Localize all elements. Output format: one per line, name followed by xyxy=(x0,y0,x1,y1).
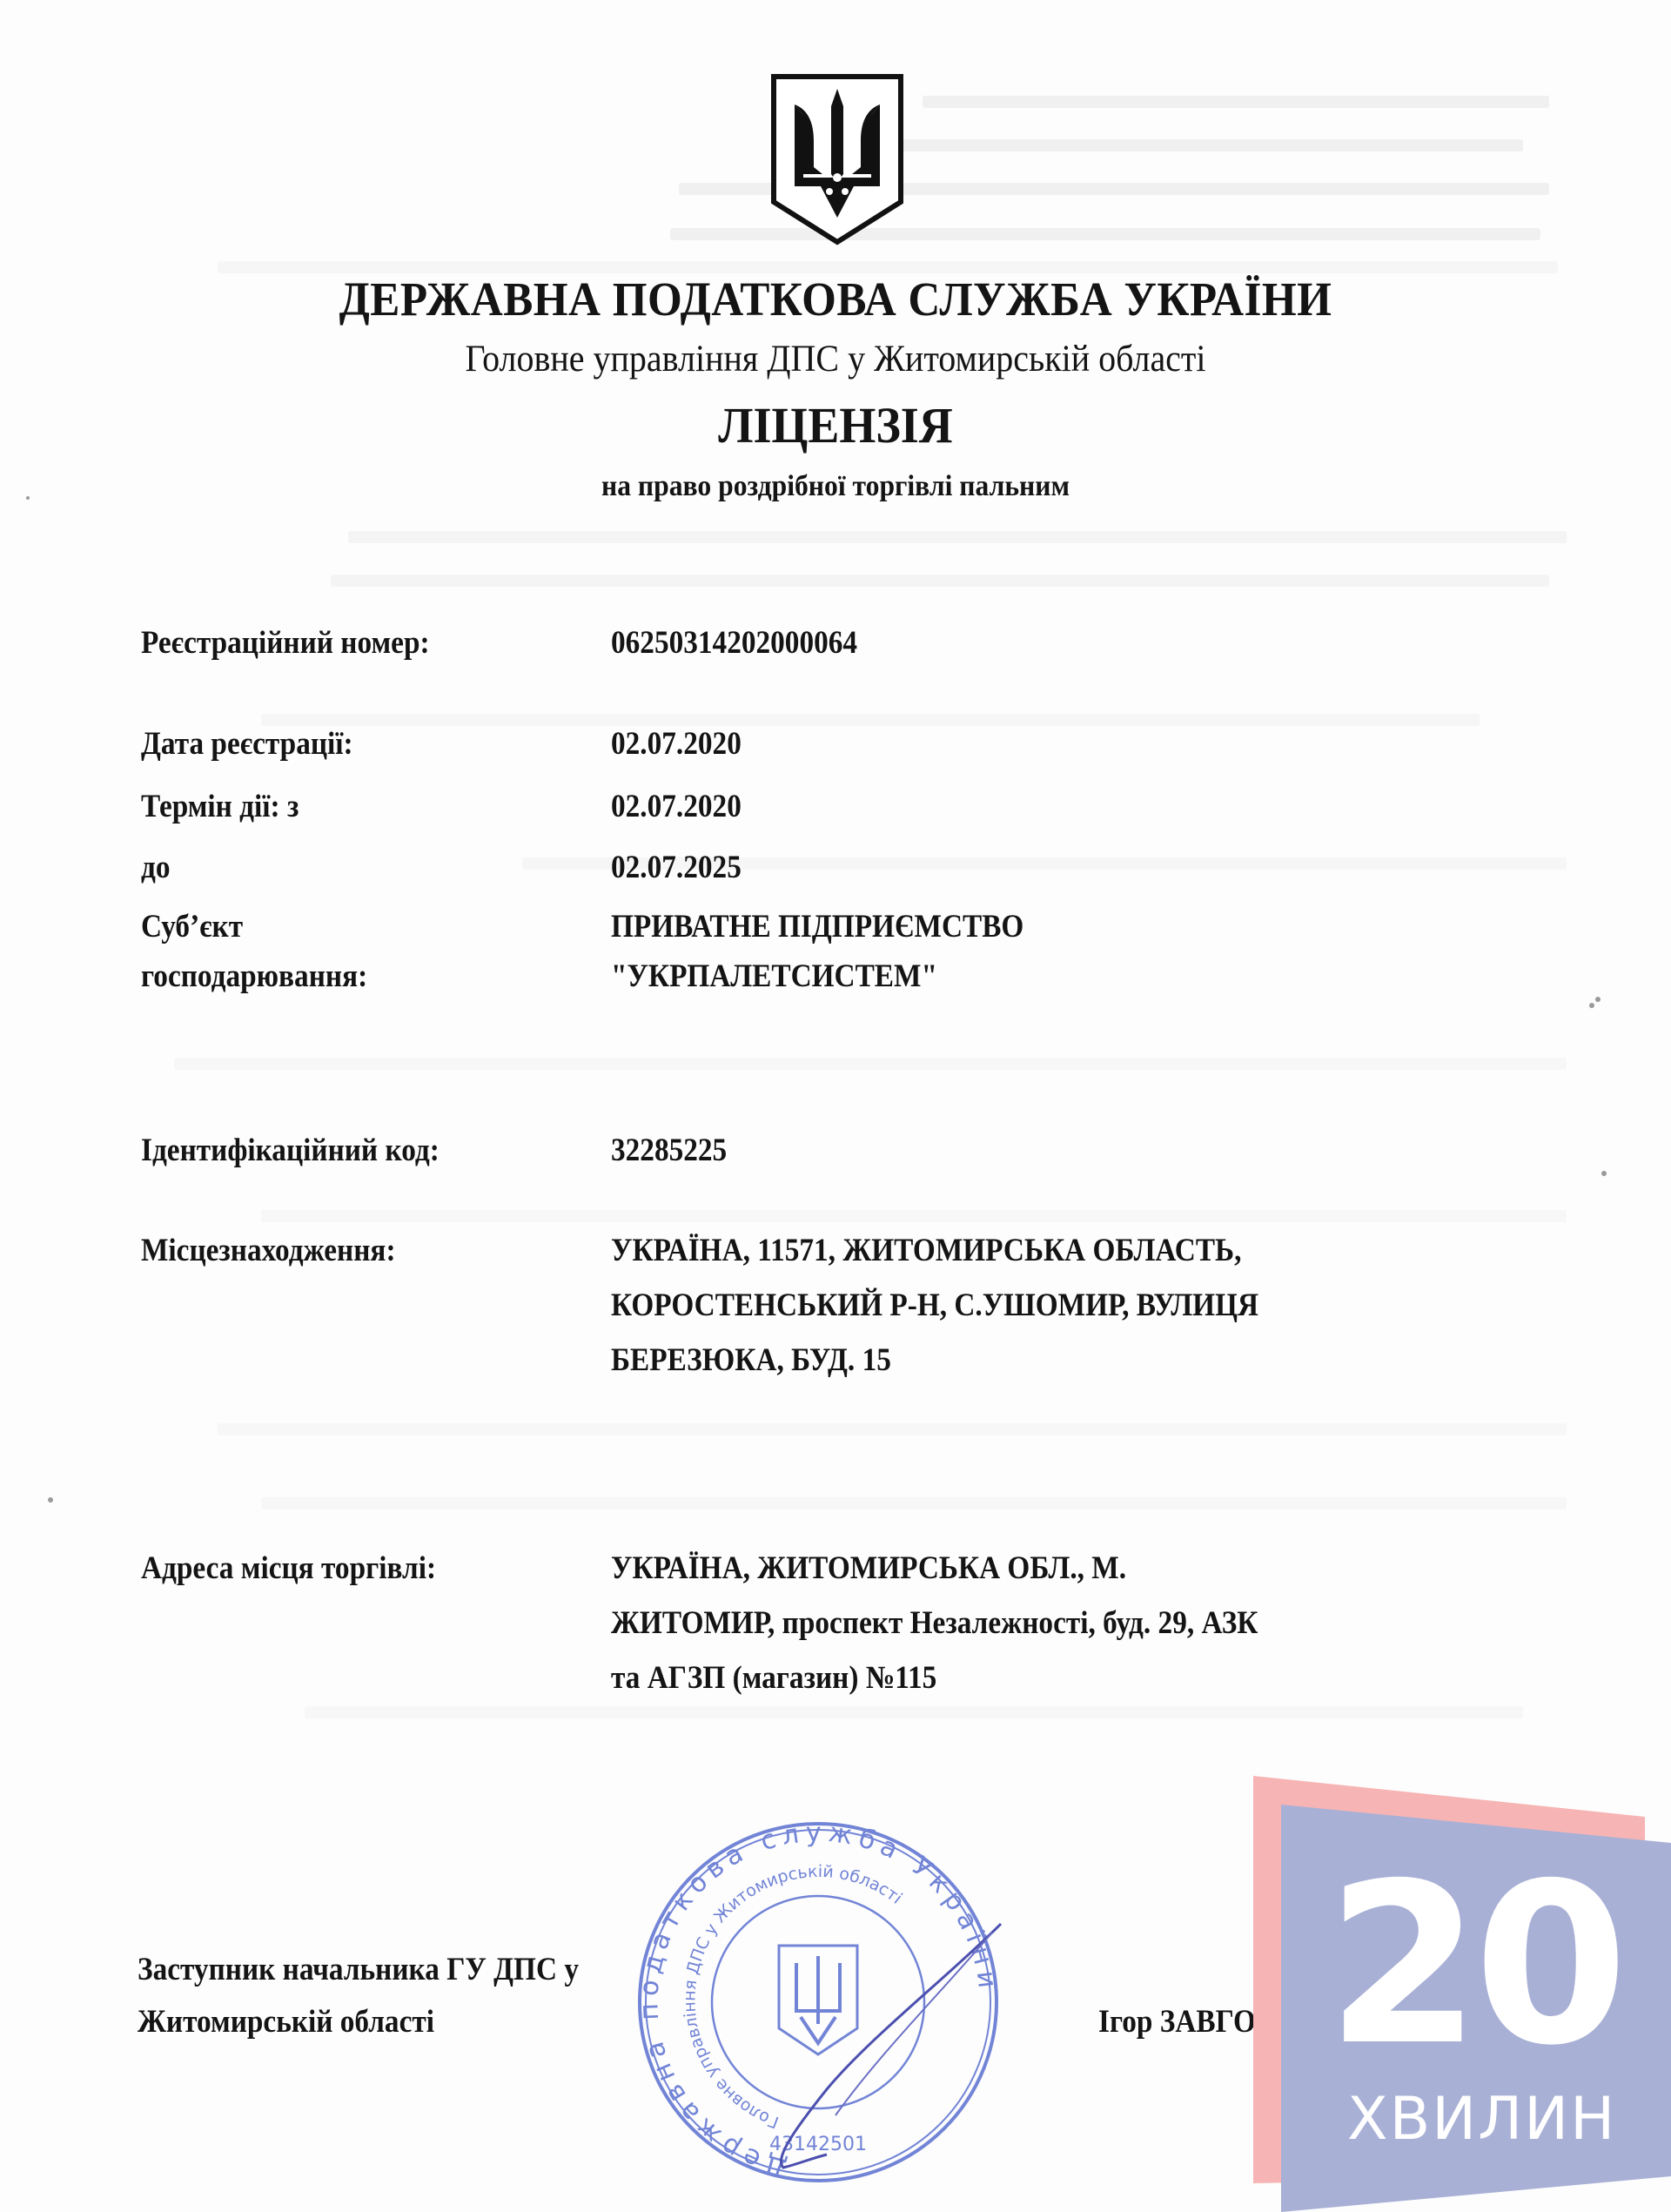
agency-name: ДЕРЖАВНА ПОДАТКОВА СЛУЖБА УКРАЇНИ xyxy=(58,272,1613,326)
signatory-position-line2: Житомирській області xyxy=(138,1996,434,2048)
entity-value-line2: "УКРПАЛЕТСИСТЕМ" xyxy=(611,949,937,1004)
reg-date-label: Дата реєстрації: xyxy=(141,716,353,771)
trade-address-line: ЖИТОМИР, проспект Незалежності, буд. 29,… xyxy=(611,1596,1258,1651)
signatory-position-line1: Заступник начальника ГУ ДПС у xyxy=(138,1944,579,1996)
trident-coat-of-arms-icon xyxy=(768,71,906,245)
location-line: УКРАЇНА, 11571, ЖИТОМИРСЬКА ОБЛАСТЬ, xyxy=(611,1223,1241,1278)
logo-word: ХВИЛИН xyxy=(1347,2085,1616,2154)
watermark-logo-20-khvylyn: 20 ХВИЛИН xyxy=(1236,1767,1671,2212)
handwritten-signature xyxy=(722,1915,1010,2176)
reg-date-value: 02.07.2020 xyxy=(611,716,742,771)
location-line: КОРОСТЕНСЬКИЙ Р-Н, С.УШОМИР, ВУЛИЦЯ xyxy=(611,1278,1258,1333)
valid-to-label: до xyxy=(141,840,170,895)
entity-label-line2: господарювання: xyxy=(141,949,367,1004)
department-name: Головне управління ДПС у Житомирській об… xyxy=(58,338,1613,380)
id-code-label: Ідентифікаційний код: xyxy=(141,1123,440,1178)
logo-number: 20 xyxy=(1326,1854,1621,2076)
trade-address-label: Адреса місця торгівлі: xyxy=(141,1541,436,1596)
reg-number-label: Реєстраційний номер: xyxy=(141,615,430,670)
valid-from-value: 02.07.2020 xyxy=(611,779,742,834)
document-subtitle: на право роздрібної торгівлі пальним xyxy=(58,470,1613,503)
entity-value-line1: ПРИВАТНЕ ПІДПРИЄМСТВО xyxy=(611,899,1023,954)
valid-from-label: Термін дії: з xyxy=(141,779,299,834)
location-line: БЕРЕЗЮКА, БУД. 15 xyxy=(611,1333,891,1388)
entity-label-line1: Суб’єкт xyxy=(141,899,243,954)
reg-number-value: 06250314202000064 xyxy=(611,615,857,670)
trade-address-line: та АГЗП (магазин) №115 xyxy=(611,1651,936,1705)
trade-address-line: УКРАЇНА, ЖИТОМИРСЬКА ОБЛ., М. xyxy=(611,1541,1126,1596)
location-label: Місцезнаходження: xyxy=(141,1223,396,1278)
document-title: ЛІЦЕНЗІЯ xyxy=(58,396,1613,454)
id-code-value: 32285225 xyxy=(611,1123,727,1178)
valid-to-value: 02.07.2025 xyxy=(611,840,742,895)
